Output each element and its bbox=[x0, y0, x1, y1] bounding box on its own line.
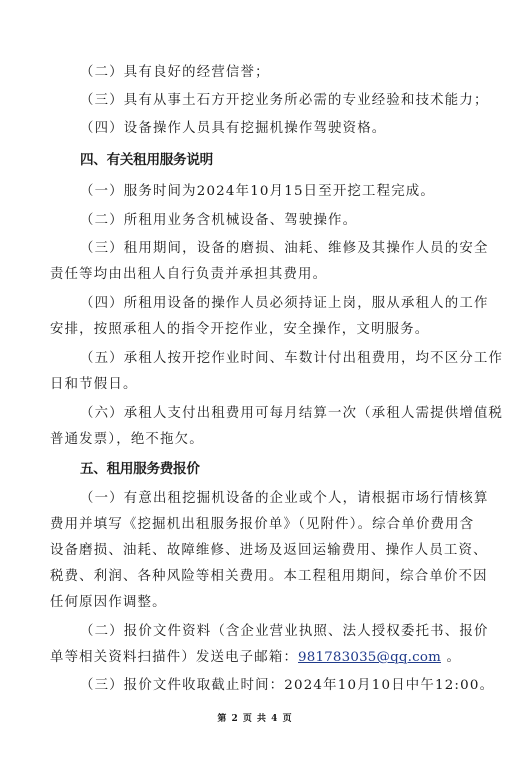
s5-item-1-line2: 费用并填写《挖掘机出租服务报价单》（见附件）。综合单价费用含 bbox=[50, 516, 474, 534]
email-link[interactable]: 981783035@qq.com bbox=[298, 650, 441, 665]
s4-item-4-line2: 安排，按照承租人的指令开挖作业，安全操作，文明服务。 bbox=[50, 321, 429, 339]
s4-item-6-line2: 普通发票），绝不拖欠。 bbox=[50, 431, 204, 449]
s5-item-3: （三）报价文件收取截止时间：2024年10月10日中午12:00。 bbox=[80, 677, 494, 695]
page-footer: 第 2 页 共 4 页 bbox=[0, 711, 510, 724]
s5-item-1-line1: （一）有意出租挖掘机设备的企业或个人，请根据市场行情核算 bbox=[80, 490, 489, 508]
qualification-4: （四）设备操作人员具有挖掘机操作驾驶资格。 bbox=[80, 120, 386, 138]
s5-item-1-line4: 税费、利润、各种风险等相关费用。本工程租用期间，综合单价不因 bbox=[50, 568, 488, 586]
s4-item-5-line2: 日和节假日。 bbox=[50, 376, 138, 394]
s4-item-1: （一）服务时间为2024年10月15日至开挖工程完成。 bbox=[80, 183, 435, 201]
s4-item-3-line1: （三）租用期间，设备的磨损、油耗、维修及其操作人员的安全 bbox=[80, 240, 489, 258]
s4-item-5-line1: （五）承租人按开挖作业时间、车数计付出租费用，均不区分工作 bbox=[80, 350, 503, 368]
s4-item-3-line2: 责任等均由出租人自行负责并承担其费用。 bbox=[50, 266, 327, 284]
s5-item-1-line3: 设备磨损、油耗、故障维修、进场及返回运输费用、操作人员工资、 bbox=[50, 542, 488, 560]
section-4-heading: 四、有关租用服务说明 bbox=[80, 151, 213, 169]
s5-item-1-line5: 任何原因作调整。 bbox=[50, 594, 167, 612]
s4-item-2: （二）所租用业务含机械设备、驾驶操作。 bbox=[80, 212, 357, 230]
s4-item-6-line1: （六）承租人支付出租费用可每月结算一次（承租人需提供增值税 bbox=[80, 405, 503, 423]
s5-item-2-line2: 单等相关资料扫描件）发送电子邮箱：981783035@qq.com 。 bbox=[50, 649, 461, 667]
s5-item-2-suffix: 。 bbox=[441, 650, 461, 665]
s5-item-2-line1: （二）报价文件资料（含企业营业执照、法人授权委托书、报价 bbox=[80, 623, 489, 641]
s5-item-2-prefix: 单等相关资料扫描件）发送电子邮箱： bbox=[50, 650, 298, 665]
qualification-2: （二）具有良好的经营信誉； bbox=[80, 64, 270, 82]
section-5-heading: 五、租用服务费报价 bbox=[80, 460, 200, 478]
qualification-3: （三）具有从事土石方开挖业务所必需的专业经验和技术能力； bbox=[80, 92, 489, 110]
s4-item-4-line1: （四）所租用设备的操作人员必须持证上岗，服从承租人的工作 bbox=[80, 295, 489, 313]
